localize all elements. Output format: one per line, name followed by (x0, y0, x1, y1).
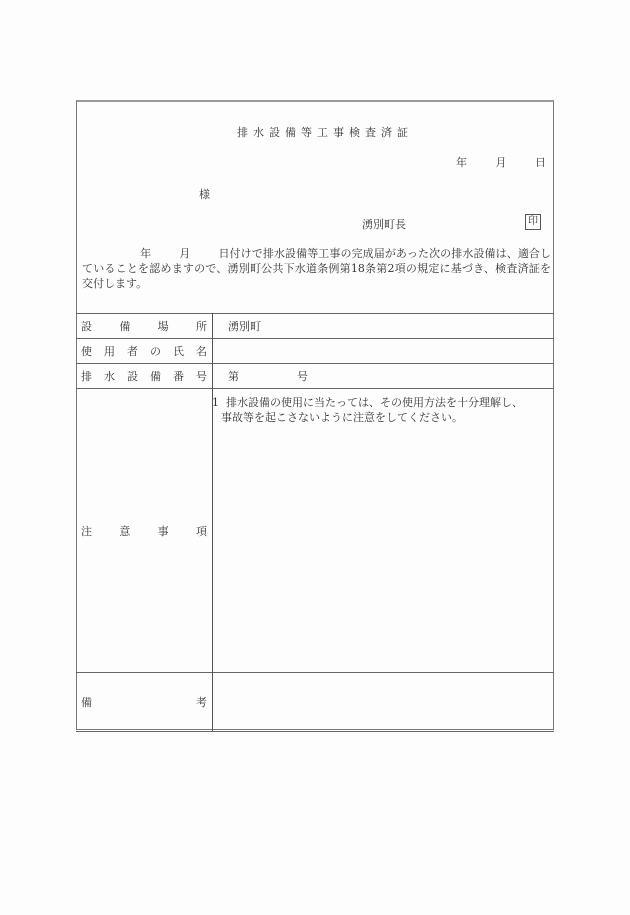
notes-item-line1: 排水設備の使用に当たっては、その使用方法を十分理解し、 (226, 396, 523, 409)
table-row-location: 設 備 場 所 湧別町 (76, 314, 554, 339)
certificate-table: 設 備 場 所 湧別町 使 用 者 の 氏 名 排 水 設 (76, 313, 554, 732)
table-row-remarks: 備 考 (76, 673, 554, 732)
date-month-label: 月 (496, 154, 507, 170)
location-value: 湧別町 (213, 314, 555, 339)
issue-date: 年 月 日 (456, 154, 546, 170)
document-title: 排水設備等工事検査済証 (0, 124, 630, 140)
notes-value (213, 389, 555, 673)
number-prefix: 第 (228, 368, 239, 384)
number-suffix: 号 (297, 368, 308, 384)
issuer-name: 湧別町長 (362, 216, 406, 232)
notes-item: 1 排水設備の使用に当たっては、その使用方法を十分理解し、 事故等を起こさないよ… (212, 395, 523, 425)
equipment-number-label: 排 水 設 備 番 号 (76, 364, 213, 389)
body-text: 日付けで排水設備等工事の完成届があった次の排水設備は、適合していることを認めます… (82, 247, 551, 290)
location-label: 設 備 場 所 (76, 314, 213, 339)
notes-label: 注 意 事 項 (76, 389, 213, 673)
date-year-label: 年 (456, 154, 467, 170)
table-row-equipment-number: 排 水 設 備 番 号 第 号 (76, 364, 554, 389)
notes-item-number: 1 (212, 396, 219, 409)
user-name-label: 使 用 者 の 氏 名 (76, 339, 213, 364)
body-month-label: 月 (179, 247, 190, 260)
date-day-label: 日 (535, 154, 546, 170)
seal-mark-icon: 印 (525, 214, 541, 230)
remarks-label: 備 考 (76, 673, 213, 732)
addressee-suffix: 様 (199, 186, 210, 202)
table-row-notes: 注 意 事 項 (76, 389, 554, 673)
table-row-user-name: 使 用 者 の 氏 名 (76, 339, 554, 364)
body-year-label: 年 (140, 247, 151, 260)
equipment-number-value: 第 号 (213, 364, 555, 389)
remarks-value (213, 673, 555, 732)
user-name-value (213, 339, 555, 364)
certificate-body: 年月日付けで排水設備等工事の完成届があった次の排水設備は、適合していることを認め… (82, 246, 551, 291)
notes-item-line2: 事故等を起こさないように注意をしてください。 (221, 411, 463, 424)
